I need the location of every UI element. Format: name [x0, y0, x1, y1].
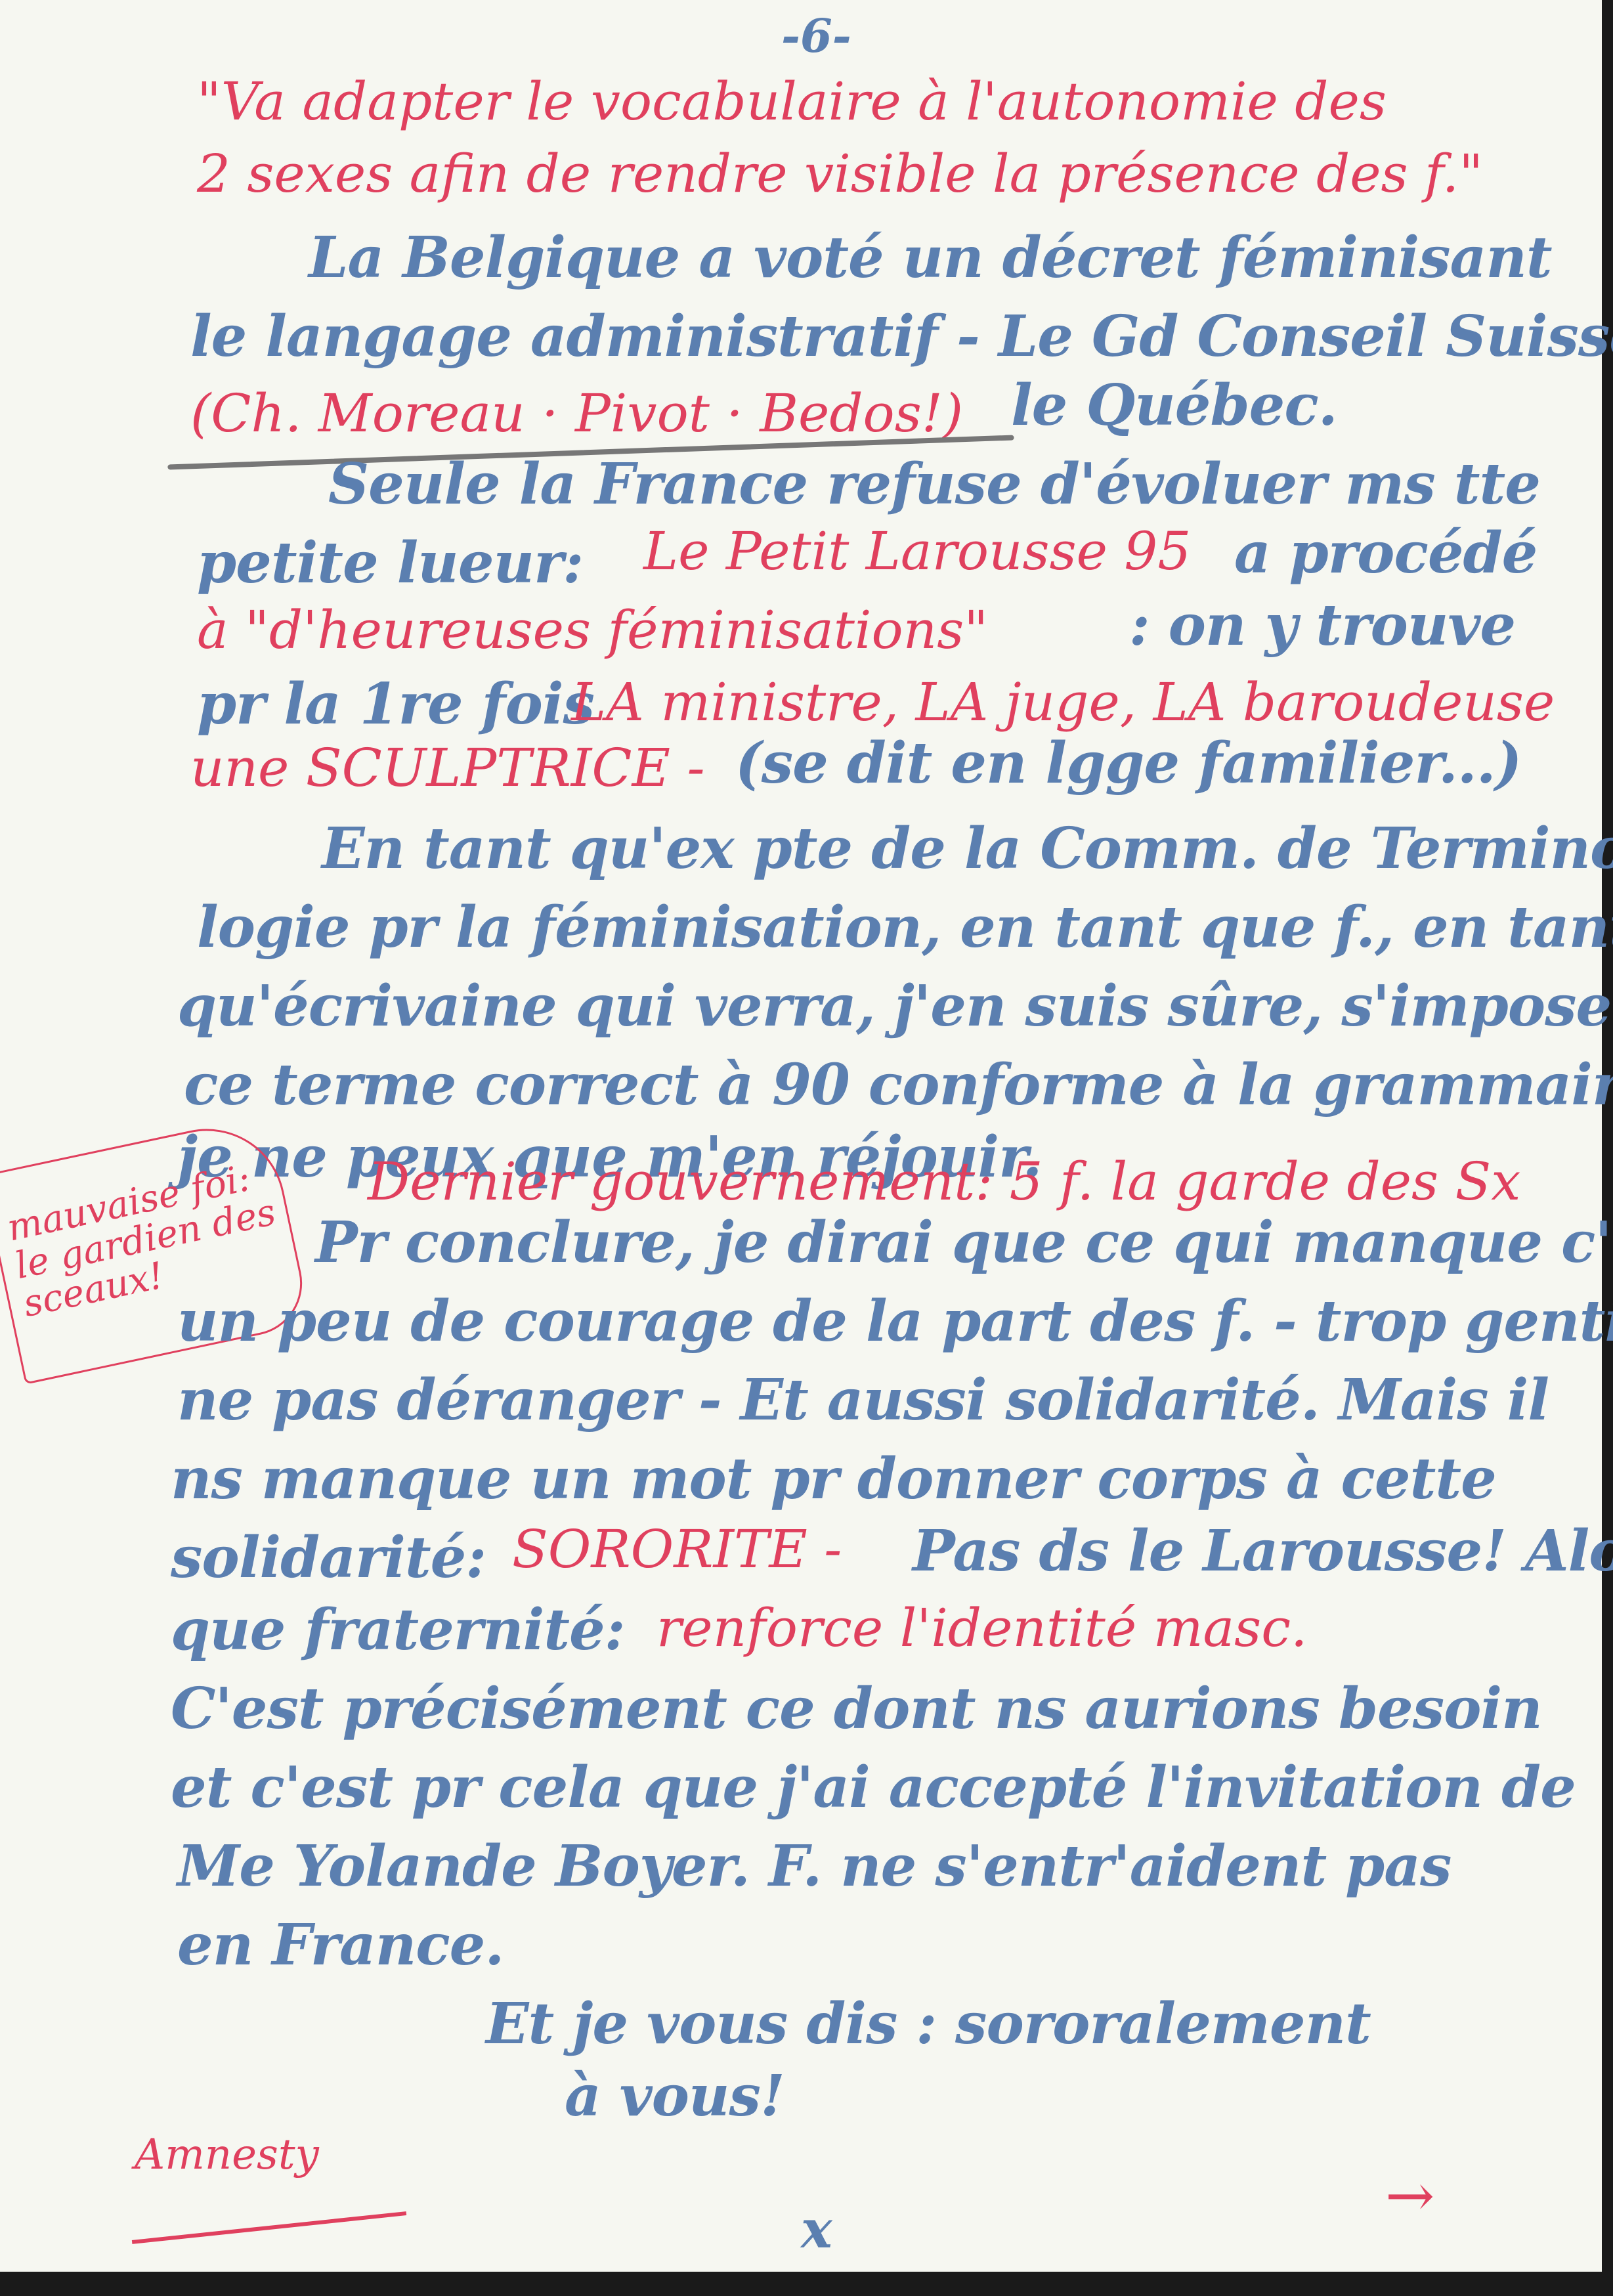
- text-line: petite lueur:: [197, 535, 583, 592]
- text-line: et c'est pr cela que j'ai accepté l'invi…: [171, 1760, 1576, 1816]
- text-line-identite: renforce l'identité masc.: [656, 1602, 1307, 1655]
- text-line-sororite: SORORITE -: [512, 1523, 842, 1576]
- arrow-right-icon: →: [1385, 2167, 1434, 2226]
- closing-line: à vous!: [565, 2068, 785, 2125]
- amnesty-underline: [132, 2211, 406, 2244]
- text-line: qu'écrivaine qui verra, j'en suis sûre, …: [177, 978, 1613, 1035]
- text-line: ne pas déranger - Et aussi solidarité. M…: [177, 1372, 1549, 1429]
- text-line-larousse: Le Petit Larousse 95: [643, 525, 1191, 578]
- text-line-feminisations: à "d'heureuses féminisations": [197, 604, 988, 657]
- text-line: pr la 1re fois: [197, 676, 594, 733]
- text-line: : on y trouve: [1129, 597, 1515, 654]
- text-line: solidarité:: [171, 1530, 486, 1586]
- text-line: La Belgique a voté un décret féminisant: [309, 230, 1552, 286]
- text-line: que fraternité:: [171, 1602, 624, 1658]
- closing-line: Et je vous dis : sororalement: [486, 1996, 1371, 2052]
- text-line-sculptrice: une SCULPTRICE -: [190, 742, 704, 794]
- text-line-la-ministre: LA ministre, LA juge, LA baroudeuse: [571, 676, 1555, 729]
- text-line: a procédé: [1234, 525, 1537, 582]
- text-line: Seule la France refuse d'évoluer ms tte: [328, 456, 1540, 513]
- text-line-gouvernement: Dernier gouvernement: 5 f. la garde des …: [368, 1156, 1520, 1208]
- amnesty-annotation: Amnesty: [135, 2134, 319, 2176]
- text-line: le Québec.: [1011, 378, 1337, 434]
- text-line: un peu de courage de la part des f. - tr…: [177, 1293, 1613, 1350]
- handwritten-page: -6- "Va adapter le vocabulaire à l'auton…: [0, 0, 1602, 2272]
- text-line-names: (Ch. Moreau · Pivot · Bedos!): [190, 387, 963, 440]
- cross-mark-icon: x: [801, 2203, 832, 2255]
- text-line: ns manque un mot pr donner corps à cette: [171, 1451, 1496, 1507]
- text-line: (se dit en lgge familier...): [735, 735, 1521, 792]
- text-line: ce terme correct à 90 conforme à la gram…: [184, 1057, 1613, 1114]
- page-number: -6-: [781, 13, 851, 59]
- text-line: en France.: [177, 1917, 504, 1974]
- text-line: le langage administratif - Le Gd Conseil…: [190, 309, 1613, 365]
- text-line: Me Yolande Boyer. F. ne s'entr'aident pa…: [177, 1838, 1451, 1895]
- text-line: C'est précisément ce dont ns aurions bes…: [171, 1681, 1542, 1737]
- text-line: Pas ds le Larousse! Alors: [913, 1523, 1613, 1580]
- quote-line-1: "Va adapter le vocabulaire à l'autonomie…: [197, 76, 1387, 128]
- text-line: logie pr la féminisation, en tant que f.…: [197, 899, 1613, 956]
- text-line: Pr conclure, je dirai que ce qui manque …: [315, 1215, 1613, 1271]
- quote-line-2: 2 sexes afin de rendre visible la présen…: [197, 148, 1483, 200]
- text-line: En tant qu'ex pte de la Comm. de Termino: [322, 821, 1613, 877]
